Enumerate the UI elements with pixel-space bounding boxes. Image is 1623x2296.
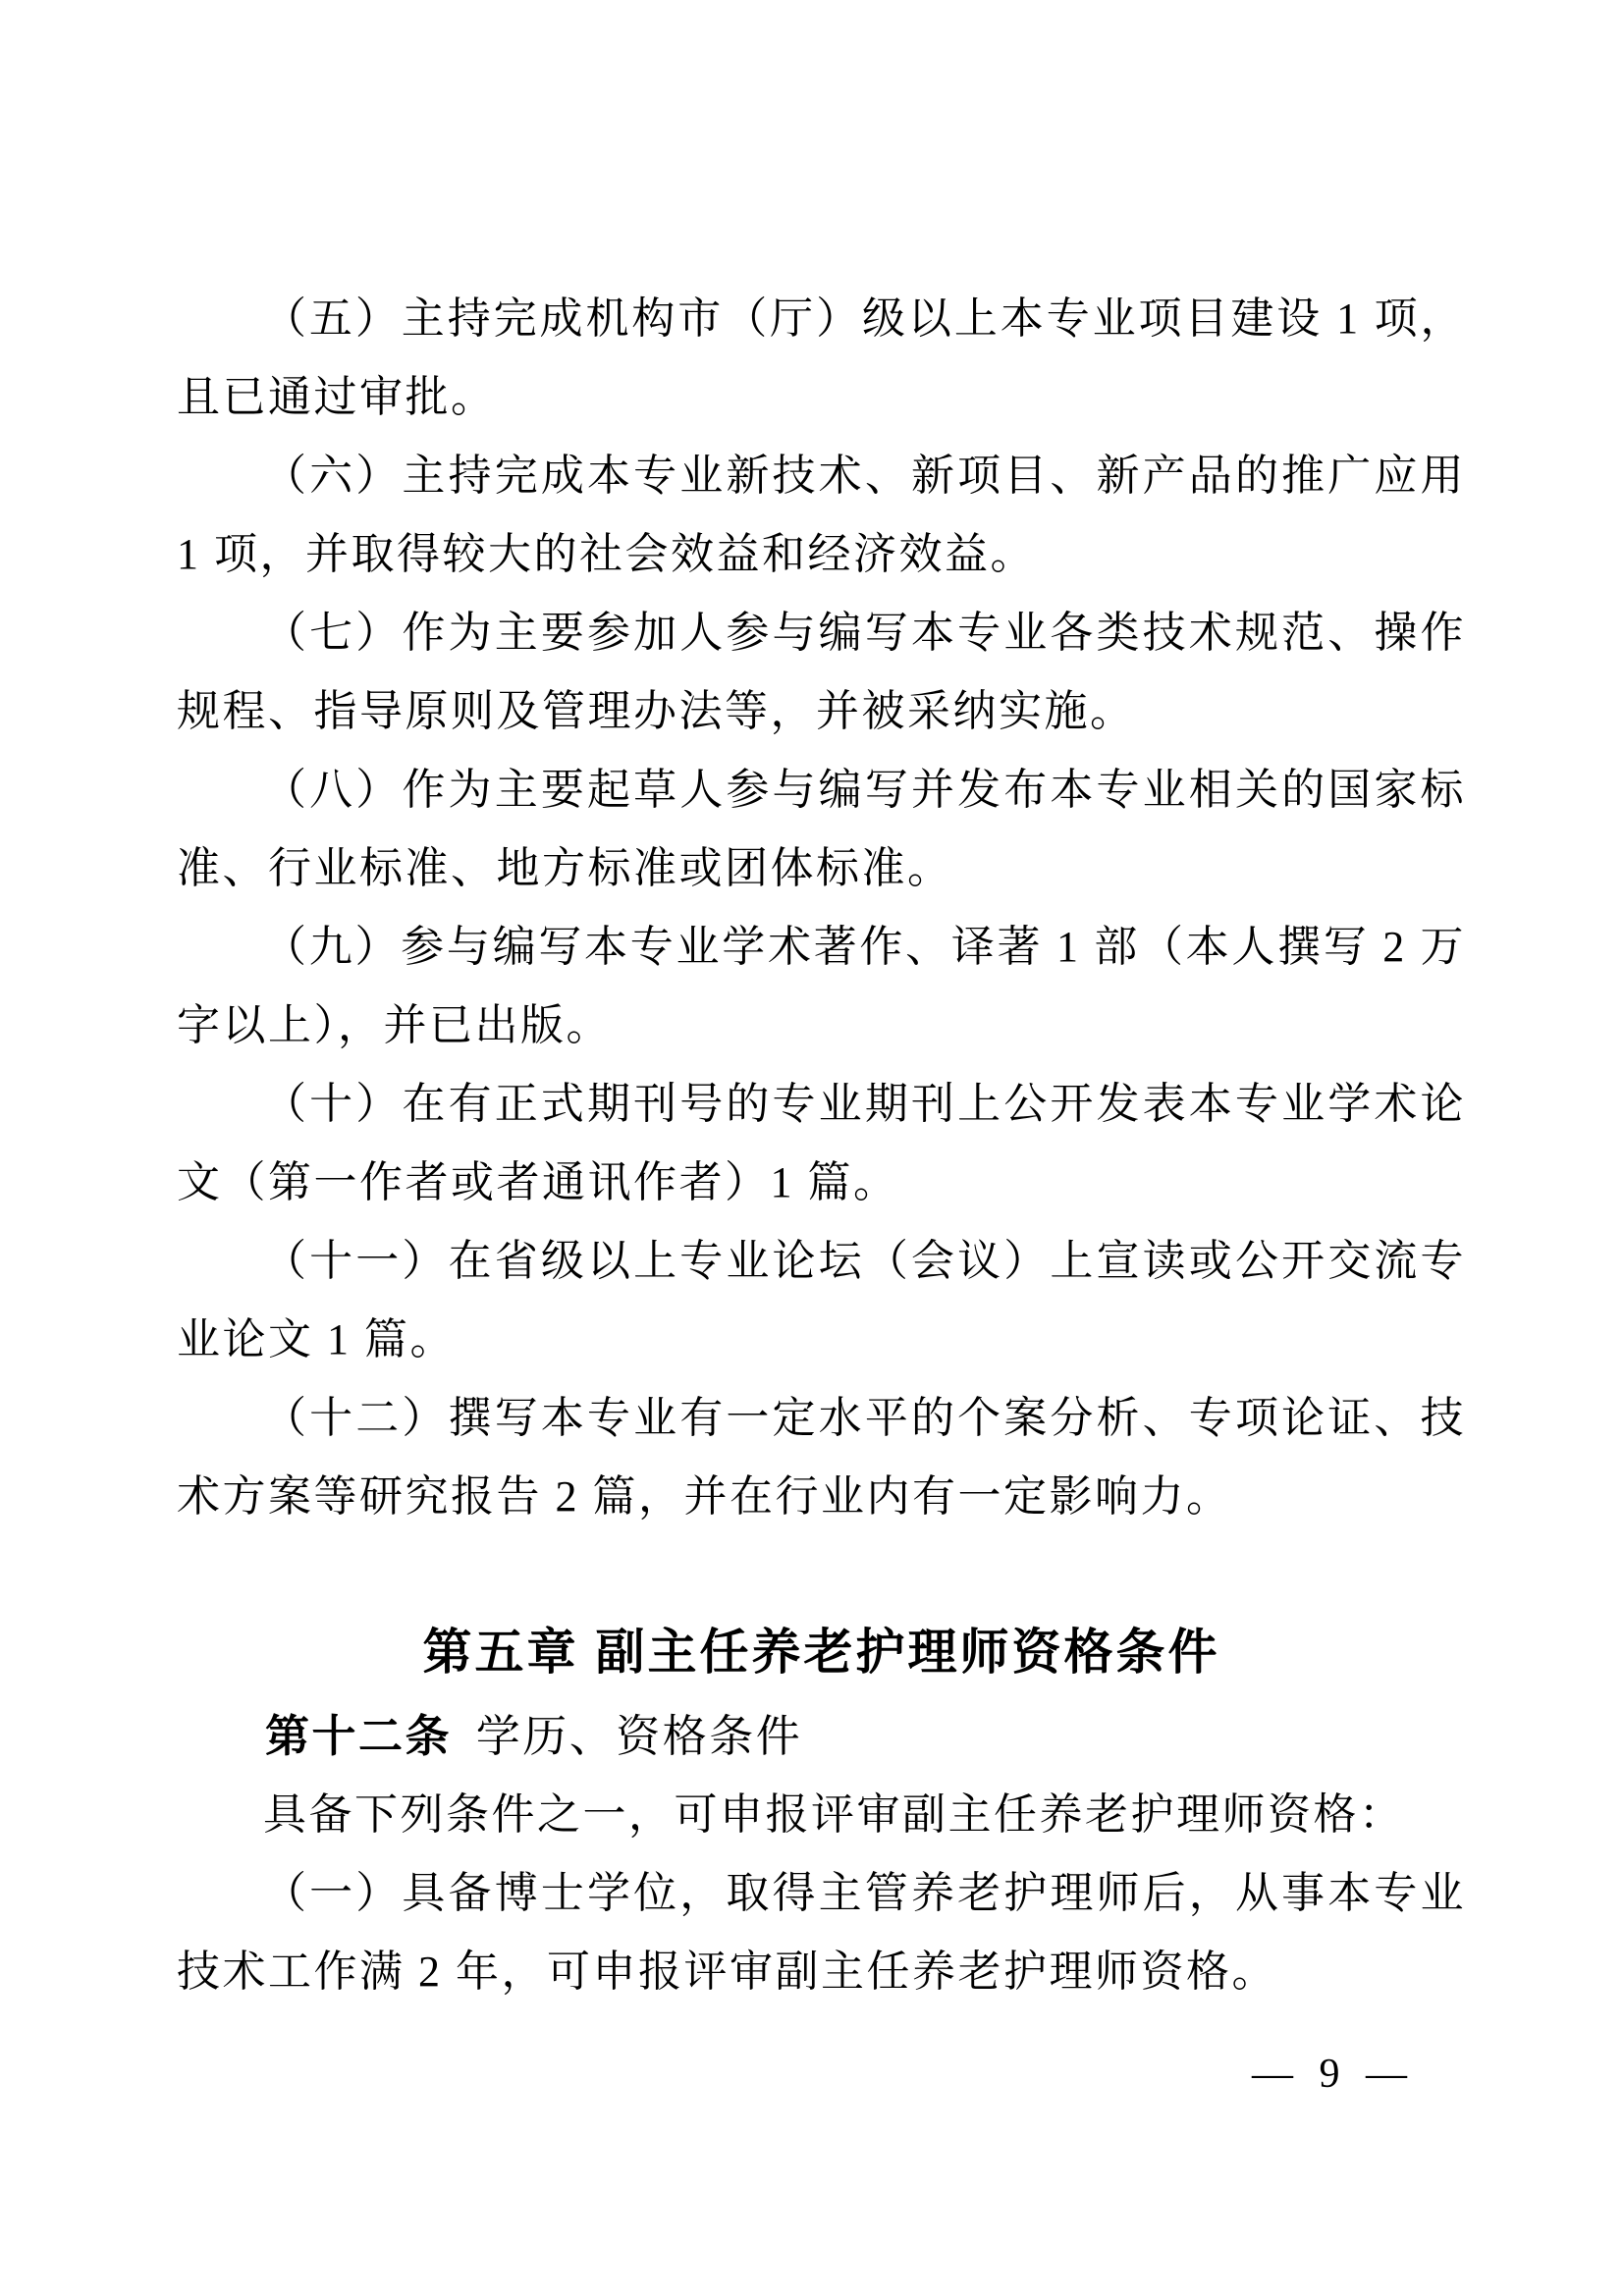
article-intro-paragraph: 具备下列条件之一，可申报评审副主任养老护理师资格： — [177, 1776, 1466, 1854]
clause-12: （十二）撰写本专业有一定水平的个案分析、专项论证、技术方案等研究报告 2 篇，并… — [177, 1379, 1466, 1536]
clause-6: （六）主持完成本专业新技术、新项目、新产品的推广应用 1 项，并取得较大的社会效… — [177, 437, 1466, 594]
article-clause-1: （一）具备博士学位，取得主管养老护理师后，从事本专业技术工作满 2 年，可申报评… — [177, 1854, 1466, 2011]
page-number: — 9 — — [1252, 2050, 1415, 2099]
chapter-heading: 第五章 副主任养老护理师资格条件 — [177, 1607, 1466, 1697]
document-page: （五）主持完成机构市（厅）级以上本专业项目建设 1 项，且已通过审批。 （六）主… — [0, 0, 1623, 2296]
clause-8: （八）作为主要起草人参与编写并发布本专业相关的国家标准、行业标准、地方标准或团体… — [177, 751, 1466, 908]
clause-10: （十）在有正式期刊号的专业期刊上公开发表本专业学术论文（第一作者或者通讯作者）1… — [177, 1065, 1466, 1222]
clause-5: （五）主持完成机构市（厅）级以上本专业项目建设 1 项，且已通过审批。 — [177, 280, 1466, 437]
article-title: 学历、资格条件 — [476, 1712, 803, 1761]
article-body: 具备下列条件之一，可申报评审副主任养老护理师资格： （一）具备博士学位，取得主管… — [177, 1776, 1466, 2011]
clause-7: （七）作为主要参加人参与编写本专业各类技术规范、操作规程、指导原则及管理办法等，… — [177, 594, 1466, 751]
clause-9: （九）参与编写本专业学术著作、译著 1 部（本人撰写 2 万字以上），并已出版。 — [177, 908, 1466, 1065]
clause-11: （十一）在省级以上专业论坛（会议）上宣读或公开交流专业论文 1 篇。 — [177, 1222, 1466, 1379]
clause-list: （五）主持完成机构市（厅）级以上本专业项目建设 1 项，且已通过审批。 （六）主… — [177, 280, 1466, 1536]
article-number-label: 第十二条 — [265, 1711, 452, 1761]
article-heading-line: 第十二条学历、资格条件 — [177, 1697, 1466, 1776]
